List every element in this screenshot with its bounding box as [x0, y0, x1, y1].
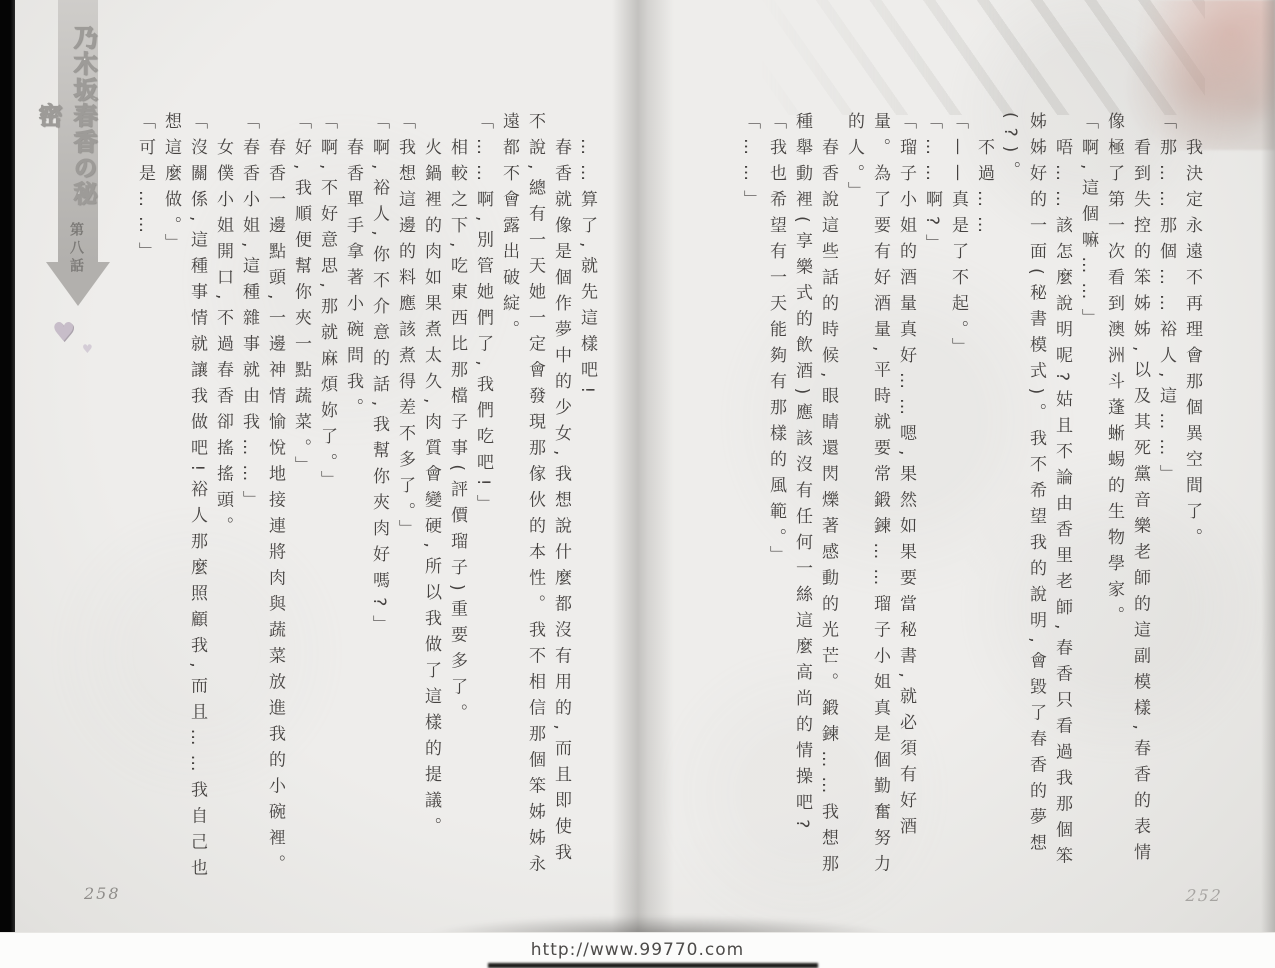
text-column-narration: 女僕小姐開口,不過春香卻搖搖頭。: [210, 112, 236, 894]
text-column-dialogue: 「啊,這個嘛……」: [1075, 112, 1101, 894]
page-edge-shadow: [1261, 0, 1275, 933]
text-column-dialogue: 「可是……」: [132, 112, 158, 894]
text-column-dialogue: 「——真是了不起。」: [945, 112, 971, 894]
text-column-dialogue: 「……」: [737, 112, 763, 894]
left-page-text-block: ……算了,就先這樣吧!春香就像是個作夢中的少女,我想說什麼都沒有用的,而且即使我…: [92, 112, 600, 894]
text-column-dialogue: 「那……那個……裕人,這……」: [1153, 112, 1179, 894]
scanned-book-spread: 乃木坂春香の秘密 第八話 ♥ ♥ ……算了,就先這樣吧!春香就像是個作夢中的少女…: [0, 0, 1275, 968]
text-column-dialogue: 「……啊,別管她們了,我們吃吧!」: [470, 112, 496, 894]
chapter-label: 第八話: [66, 222, 86, 292]
text-column-dialogue: 「我也希望有一天能夠有那樣的風範。」: [763, 112, 789, 894]
watermark-url: http://www.99770.com: [0, 940, 1275, 960]
text-column-dialogue: 「啊,不好意思,那就麻煩妳了。」: [314, 112, 340, 894]
text-column-dialogue: 「好,我順便幫你夾一點蔬菜。」: [288, 112, 314, 894]
bottom-dark-bar: [488, 963, 818, 968]
page-gutter-shadow: [612, 0, 674, 933]
text-column-narration: 看到失控的笨姊姊,以及其死黨音樂老師的這副模樣,春香的表情像極了第一次看到澳洲斗…: [1101, 112, 1153, 894]
scanner-black-edge: [0, 0, 15, 933]
text-column-dialogue: 「啊,裕人,你不介意的話,我幫你夾肉好嗎?」: [366, 112, 392, 894]
text-column-narration: 火鍋裡的肉如果煮太久,肉質會變硬,所以我做了這樣的提議。: [418, 112, 444, 894]
text-column-dialogue: 「我想這邊的料應該煮得差不多了。」: [392, 112, 418, 894]
text-column-narration: 相較之下,吃東西比那檔子事(評價瑠子)重要多了。: [444, 112, 470, 894]
text-column-narration: 春香一邊點頭,一邊神情愉悅地接連將肉與蔬菜放進我的小碗裡。: [262, 112, 288, 894]
bottom-strip: http://www.99770.com: [0, 932, 1275, 968]
text-column-narration: 不過……: [971, 112, 997, 894]
page-number-left: 258: [84, 884, 121, 903]
diagonal-stripes-decoration: [735, 0, 1205, 115]
page-number-right: 252: [1185, 886, 1224, 905]
text-column-narration: 春香單手拿著小碗問我。: [340, 112, 366, 894]
text-column-narration: ……算了,就先這樣吧!: [574, 112, 600, 894]
text-column-dialogue: 「瑠子小姐的酒量真好……嗯,果然如果要當秘書,就必須有好酒量。為了要有好酒量,平…: [841, 112, 919, 894]
text-column-narration: 唔……該怎麼說明呢?姑且不論由香里老師,春香只看過我那個笨姊姊好的一面(秘書模式…: [997, 112, 1075, 894]
text-column-dialogue: 「沒關係,這種事情就讓我做吧!裕人那麼照顧我,而且……我自己也想這麼做。」: [158, 112, 210, 894]
text-column-dialogue: 「……啊?」: [919, 112, 945, 894]
right-page-text-block: 我決定永遠不再理會那個異空間了。「那……那個……裕人,這……」看到失控的笨姊姊,…: [673, 112, 1205, 894]
text-column-narration: 春香就像是個作夢中的少女,我想說什麼都沒有用的,而且即使我不說,總有一天她一定會…: [496, 112, 574, 894]
text-column-narration: 我決定永遠不再理會那個異空間了。: [1179, 112, 1205, 894]
text-column-narration: 春香說這些話的時候,眼睛還閃爍著感動的光芒。鍛鍊……我想那種舉動裡(享樂式的飲酒…: [789, 112, 841, 894]
text-column-dialogue: 「春香小姐,這種雜事就由我……」: [236, 112, 262, 894]
heart-icon-large: ♥: [52, 318, 75, 348]
